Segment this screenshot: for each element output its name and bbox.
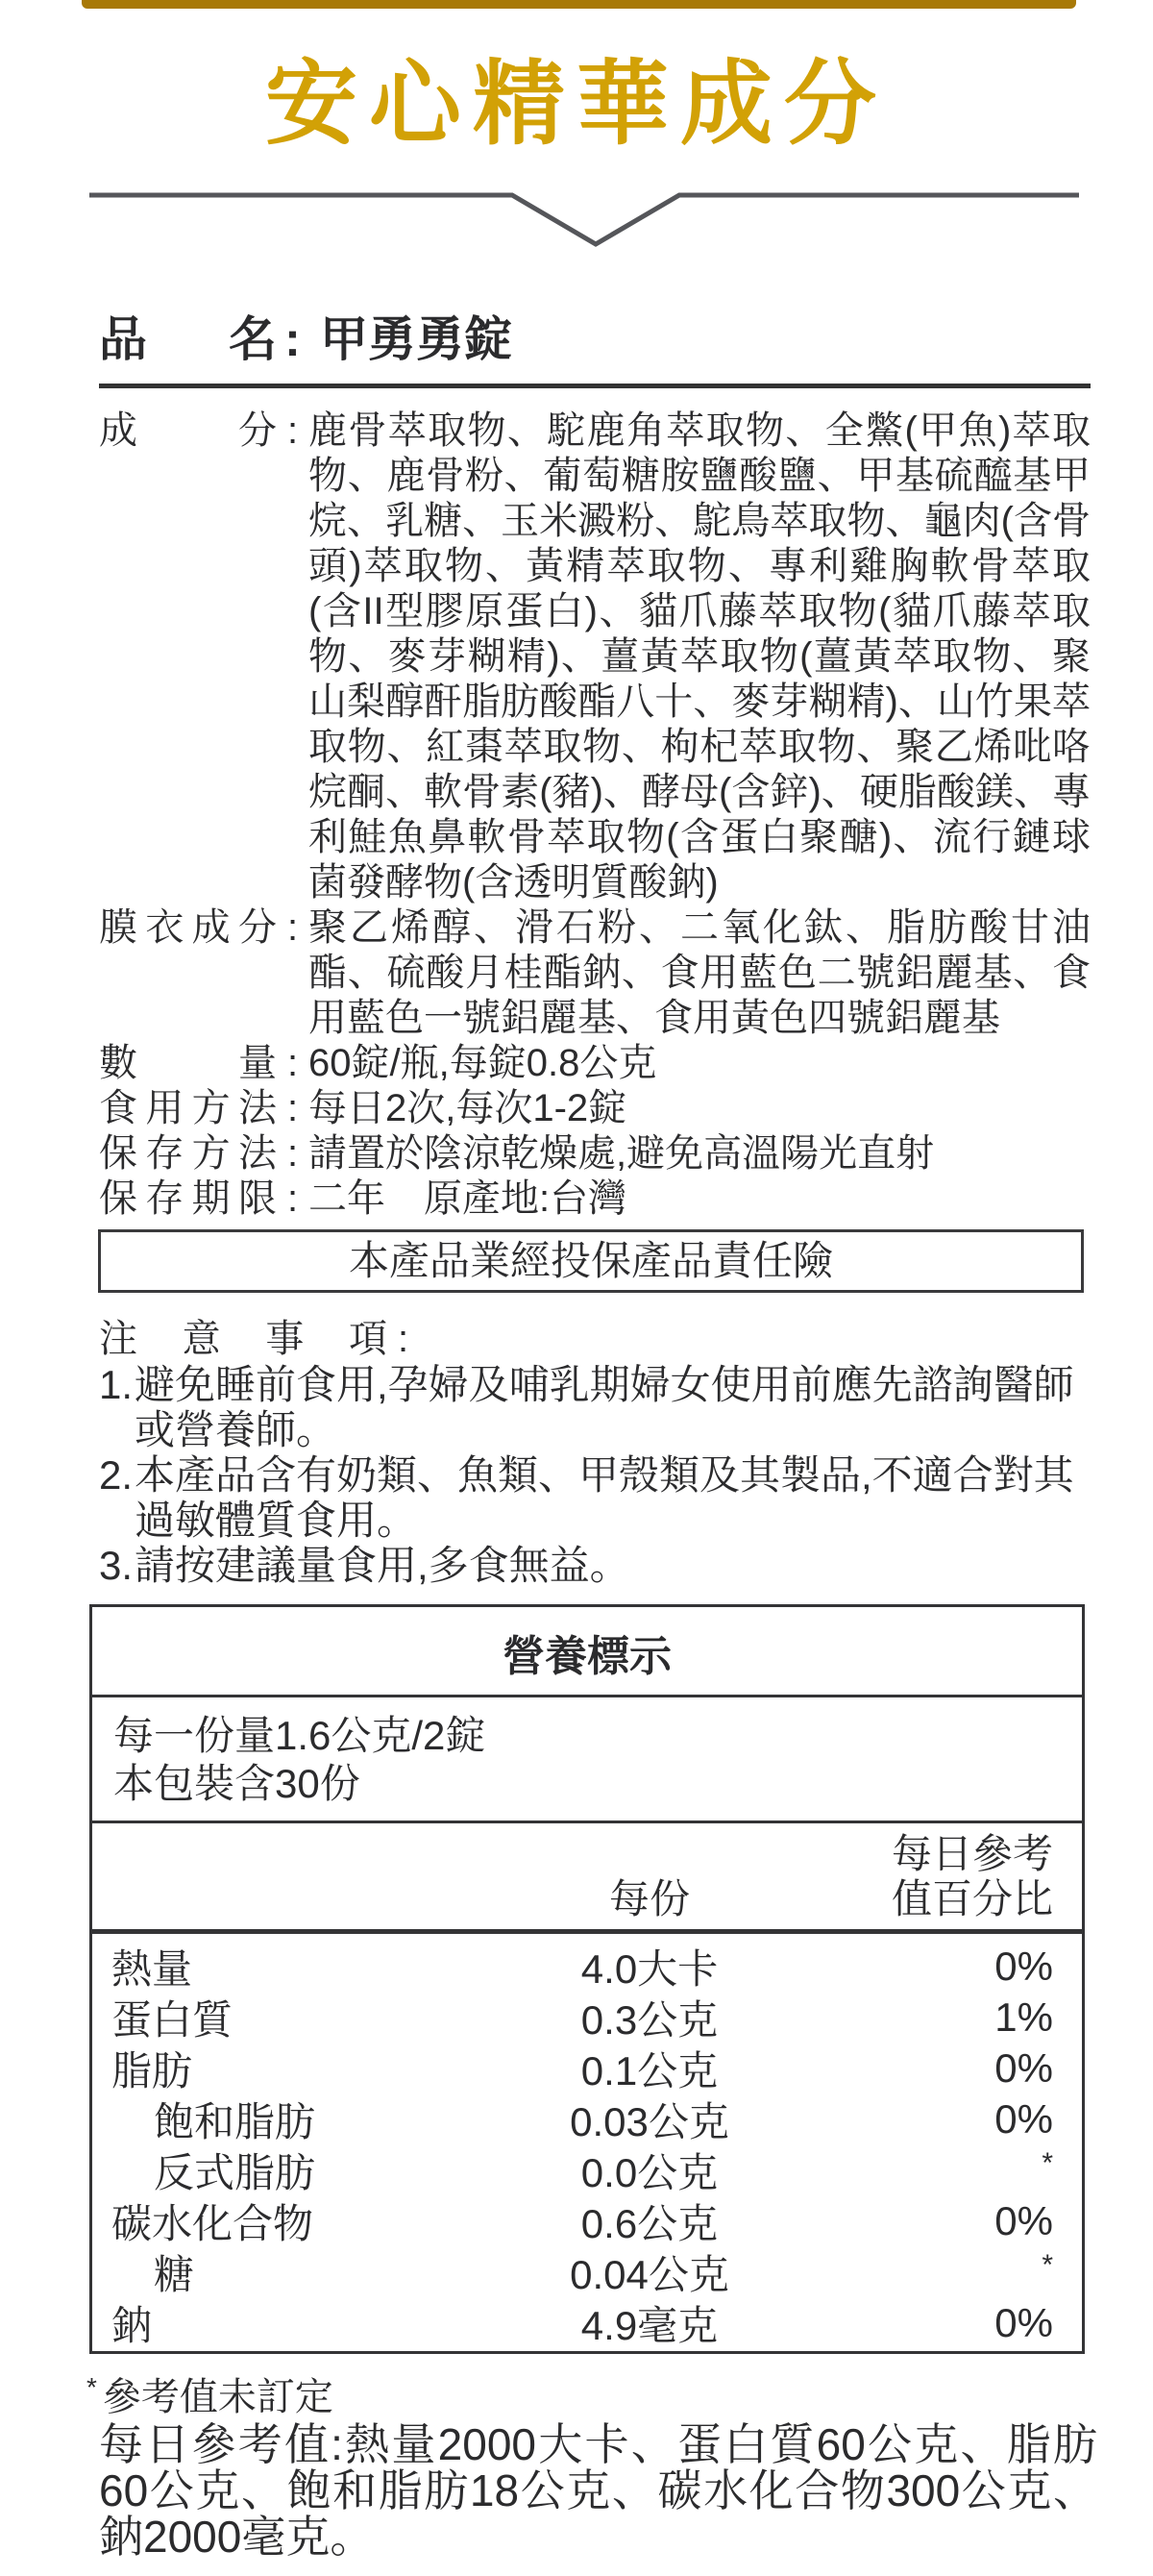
note-item-2: 2. 本產品含有奶類、魚類、甲殼類及其製品,不適合對其過敏體質食用。	[99, 1452, 1091, 1543]
footnote-reference-text: 參考值未訂定	[103, 2376, 333, 2418]
coating-ingredients-value: 聚乙烯醇、滑石粉、二氧化鈦、脂肪酸甘油酯、硫酸月桂酯鈉、食用藍色二號鋁麗基、食用…	[308, 905, 1091, 1041]
info-row-quantity: 數量 : 60錠/瓶,每錠0.8公克	[99, 1041, 1091, 1086]
info-row-ingredients: 成分 : 鹿骨萃取物、駝鹿角萃取物、全鱉(甲魚)萃取物、鹿骨粉、葡萄糖胺鹽酸鹽、…	[99, 409, 1091, 905]
nutrient-dv: *	[880, 2243, 1082, 2280]
nutrient-dv: 0%	[880, 2300, 1082, 2346]
note-item-3: 3. 請按建議量食用,多食無益。	[99, 1543, 1091, 1588]
insurance-box: 本產品業經投保產品責任險	[98, 1229, 1084, 1293]
nutrition-row-calories: 熱量 4.0大卡 0%	[92, 1938, 1082, 1989]
row-colon: :	[277, 1086, 308, 1131]
nutrient-dv: *	[880, 2142, 1082, 2178]
col-header-daily-value: 每日參考 值百分比	[880, 1831, 1082, 1921]
nutrition-row-trans-fat: 反式脂肪 0.0公克 *	[92, 2142, 1082, 2192]
row-label: 數量	[99, 1041, 277, 1086]
nutrition-body: 熱量 4.0大卡 0% 蛋白質 0.3公克 1% 脂肪 0.1公克 0% 飽和脂…	[92, 1934, 1082, 2351]
header-spacer	[92, 1831, 419, 1921]
product-name-value: 甲勇勇錠	[308, 310, 1091, 368]
nutrient-amount: 0.6公克	[419, 2192, 880, 2250]
ingredients-value: 鹿骨萃取物、駝鹿角萃取物、全鱉(甲魚)萃取物、鹿骨粉、葡萄糖胺鹽酸鹽、甲基硫醯基…	[308, 409, 1091, 905]
notes-section: 注意事項 : 1. 避免睡前食用,孕婦及哺乳期婦女使用前應先諮詢醫師或營養師。 …	[99, 1317, 1091, 1588]
nutrient-amount: 0.03公克	[419, 2091, 880, 2148]
row-label: 食用方法	[99, 1086, 277, 1131]
row-colon: :	[277, 310, 308, 368]
info-row-coating-ingredients: 膜衣成分 : 聚乙烯醇、滑石粉、二氧化鈦、脂肪酸甘油酯、硫酸月桂酯鈉、食用藍色二…	[99, 905, 1091, 1041]
notes-title-row: 注意事項 :	[99, 1317, 1091, 1362]
nutrition-row-protein: 蛋白質 0.3公克 1%	[92, 1989, 1082, 2040]
footnote-reference-undefined: *參考值未訂定	[86, 2365, 1091, 2419]
nutrient-amount: 0.1公克	[419, 2040, 880, 2097]
product-label-page: 安心精華成分 品名 : 甲勇勇錠 成分 : 鹿骨萃取物、駝鹿角萃取物、全鱉(甲魚…	[0, 0, 1153, 2576]
nutrient-label: 鈉	[92, 2294, 419, 2352]
section-divider-chevron	[89, 191, 1079, 249]
notes-colon: :	[387, 1317, 419, 1362]
nutrient-amount: 0.04公克	[419, 2243, 880, 2301]
nutrient-label: 熱量	[92, 1938, 419, 1995]
asterisk-symbol: *	[86, 2372, 103, 2402]
storage-value: 請置於陰涼乾燥處,避免高溫陽光直射	[308, 1131, 1091, 1177]
nutrition-serving-info: 每一份量1.6公克/2錠 本包裝含30份	[92, 1697, 1082, 1823]
nutrient-label: 糖	[92, 2243, 419, 2301]
row-label: 品名	[99, 310, 277, 368]
shelf-life-value: 二年 原產地:台灣	[308, 1177, 1091, 1222]
nutrient-label: 脂肪	[92, 2040, 419, 2097]
nutrient-dv: 0%	[880, 2045, 1082, 2092]
product-info: 品名 : 甲勇勇錠 成分 : 鹿骨萃取物、駝鹿角萃取物、全鱉(甲魚)萃取物、鹿骨…	[99, 310, 1091, 1222]
nutrient-amount: 4.9毫克	[419, 2294, 880, 2352]
row-colon: :	[277, 905, 308, 951]
nutrition-row-sugar: 糖 0.04公克 *	[92, 2243, 1082, 2294]
nutrient-dv: 1%	[880, 1994, 1082, 2041]
note-text: 本產品含有奶類、魚類、甲殼類及其製品,不適合對其過敏體質食用。	[135, 1452, 1091, 1543]
name-underline	[99, 384, 1091, 388]
nutrient-label: 反式脂肪	[92, 2142, 419, 2199]
daily-value-note: 每日參考值:熱量2000大卡、蛋白質60公克、脂肪60公克、飽和脂肪18公克、碳…	[99, 2421, 1097, 2560]
info-row-usage: 食用方法 : 每日2次,每次1-2錠	[99, 1086, 1091, 1131]
serving-size-line: 每一份量1.6公克/2錠	[113, 1712, 1063, 1760]
info-row-product-name: 品名 : 甲勇勇錠	[99, 310, 1091, 368]
nutrition-title: 營養標示	[92, 1607, 1082, 1697]
nutrition-header-row: 每份 每日參考 值百分比	[92, 1823, 1082, 1934]
row-label: 保存方法	[99, 1131, 277, 1177]
nutrient-amount: 4.0大卡	[419, 1938, 880, 1995]
nutrient-amount: 0.3公克	[419, 1989, 880, 2046]
note-number: 2.	[99, 1452, 135, 1498]
note-text: 請按建議量食用,多食無益。	[135, 1543, 1091, 1588]
row-label: 成分	[99, 409, 277, 454]
row-colon: :	[277, 1177, 308, 1222]
nutrient-label: 蛋白質	[92, 1989, 419, 2046]
usage-value: 每日2次,每次1-2錠	[308, 1086, 1091, 1131]
quantity-value: 60錠/瓶,每錠0.8公克	[308, 1041, 1091, 1086]
note-number: 3.	[99, 1543, 135, 1588]
nutrient-label: 碳水化合物	[92, 2192, 419, 2250]
info-row-shelf-life: 保存期限 : 二年 原產地:台灣	[99, 1177, 1091, 1222]
note-text: 避免睡前食用,孕婦及哺乳期婦女使用前應先諮詢醫師或營養師。	[135, 1362, 1091, 1452]
nutrition-table: 營養標示 每一份量1.6公克/2錠 本包裝含30份 每份 每日參考 值百分比 熱…	[89, 1604, 1085, 2354]
row-label: 膜衣成分	[99, 905, 277, 951]
page-title: 安心精華成分	[0, 51, 1153, 159]
note-item-1: 1. 避免睡前食用,孕婦及哺乳期婦女使用前應先諮詢醫師或營養師。	[99, 1362, 1091, 1452]
col-header-daily-value-line1: 每日參考	[880, 1831, 1053, 1876]
info-row-storage: 保存方法 : 請置於陰涼乾燥處,避免高溫陽光直射	[99, 1131, 1091, 1177]
nutrition-row-sodium: 鈉 4.9毫克 0%	[92, 2294, 1082, 2345]
note-number: 1.	[99, 1362, 135, 1407]
nutrient-dv: 0%	[880, 1944, 1082, 1990]
insurance-text: 本產品業經投保產品責任險	[349, 1238, 833, 1283]
col-header-daily-value-line2: 值百分比	[880, 1876, 1053, 1921]
top-gold-bar	[82, 0, 1076, 9]
row-colon: :	[277, 1041, 308, 1086]
nutrition-row-saturated-fat: 飽和脂肪 0.03公克 0%	[92, 2091, 1082, 2142]
nutrition-row-fat: 脂肪 0.1公克 0%	[92, 2040, 1082, 2091]
nutrient-label: 飽和脂肪	[92, 2091, 419, 2148]
nutrient-dv: 0%	[880, 2198, 1082, 2244]
nutrient-dv: 0%	[880, 2096, 1082, 2143]
col-header-per-serving: 每份	[419, 1876, 880, 1921]
nutrient-amount: 0.0公克	[419, 2142, 880, 2199]
notes-title: 注意事項	[99, 1317, 387, 1362]
nutrition-row-carbohydrate: 碳水化合物 0.6公克 0%	[92, 2192, 1082, 2243]
row-label: 保存期限	[99, 1177, 277, 1222]
servings-per-pack-line: 本包裝含30份	[113, 1760, 1063, 1808]
row-colon: :	[277, 1131, 308, 1177]
row-colon: :	[277, 409, 308, 454]
